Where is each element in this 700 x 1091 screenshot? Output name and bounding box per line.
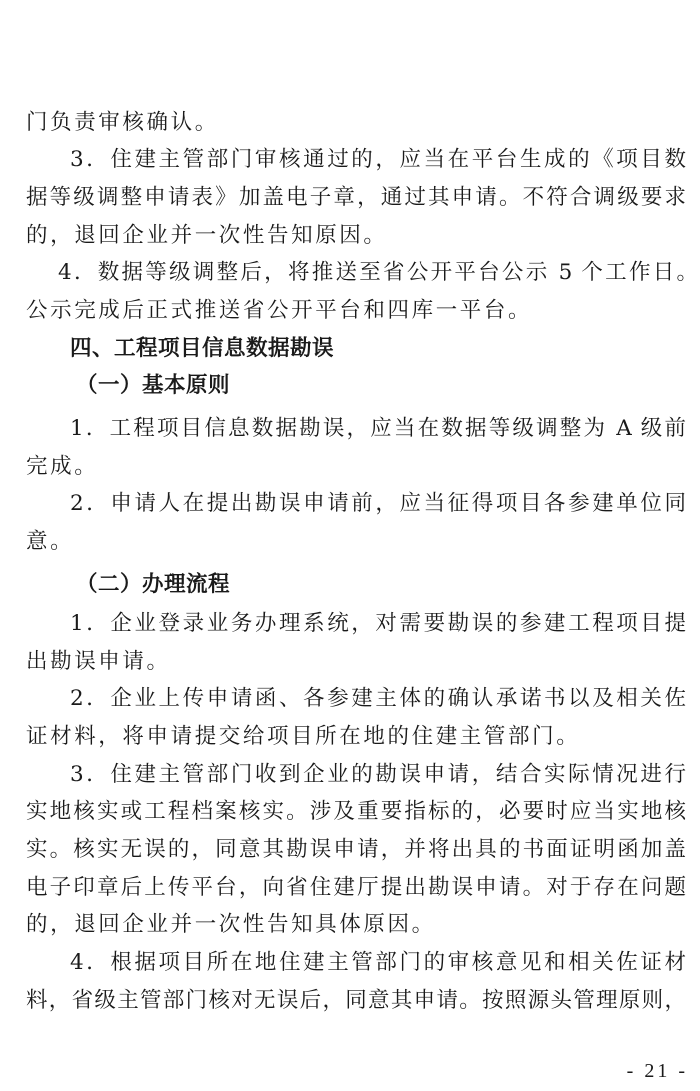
page-number: - 21 - xyxy=(627,1059,688,1083)
paragraph-line: 门负责审核确认。 xyxy=(26,108,686,138)
paragraph-line: 1．工程项目信息数据勘误，应当在数据等级调整为 A 级前 xyxy=(70,414,686,444)
paragraph-line: 1．企业登录业务办理系统，对需要勘误的参建工程项目提 xyxy=(70,609,686,639)
section-heading: 四、工程项目信息数据勘误 xyxy=(70,334,700,364)
paragraph-line: 3．住建主管部门审核通过的，应当在平台生成的《项目数 xyxy=(70,145,686,175)
paragraph-line: 实。核实无误的，同意其勘误申请，并将出具的书面证明函加盖 xyxy=(26,835,686,865)
paragraph-line: 公示完成后正式推送省公开平台和四库一平台。 xyxy=(26,296,686,326)
paragraph-line: 出勘误申请。 xyxy=(26,647,686,677)
document-page: 门负责审核确认。 3．住建主管部门审核通过的，应当在平台生成的《项目数 据等级调… xyxy=(0,0,700,1091)
subsection-heading: （二）办理流程 xyxy=(76,570,700,600)
paragraph-line: 据等级调整申请表》加盖电子章，通过其申请。不符合调级要求 xyxy=(26,183,686,213)
paragraph-line: 2．企业上传申请函、各参建主体的确认承诺书以及相关佐 xyxy=(70,684,686,714)
paragraph-line: 4．数据等级调整后，将推送至省公开平台公示 5 个工作日。 xyxy=(58,258,698,288)
paragraph-line: 2．申请人在提出勘误申请前，应当征得项目各参建单位同 xyxy=(70,489,686,519)
paragraph-line: 证材料，将申请提交给项目所在地的住建主管部门。 xyxy=(26,722,686,752)
paragraph-line: 完成。 xyxy=(26,452,686,482)
paragraph-line: 3．住建主管部门收到企业的勘误申请，结合实际情况进行 xyxy=(70,760,686,790)
paragraph-line: 4．根据项目所在地住建主管部门的审核意见和相关佐证材 xyxy=(70,948,686,978)
subsection-heading: （一）基本原则 xyxy=(76,371,700,401)
paragraph-line: 的，退回企业并一次性告知原因。 xyxy=(26,221,686,251)
paragraph-line: 实地核实或工程档案核实。涉及重要指标的，必要时应当实地核 xyxy=(26,797,686,827)
paragraph-line: 料，省级主管部门核对无误后，同意其申请。按照源头管理原则， xyxy=(26,986,686,1016)
paragraph-line: 意。 xyxy=(26,527,686,557)
paragraph-line: 的，退回企业并一次性告知具体原因。 xyxy=(26,910,686,940)
paragraph-line: 电子印章后上传平台，向省住建厅提出勘误申请。对于存在问题 xyxy=(26,873,686,903)
